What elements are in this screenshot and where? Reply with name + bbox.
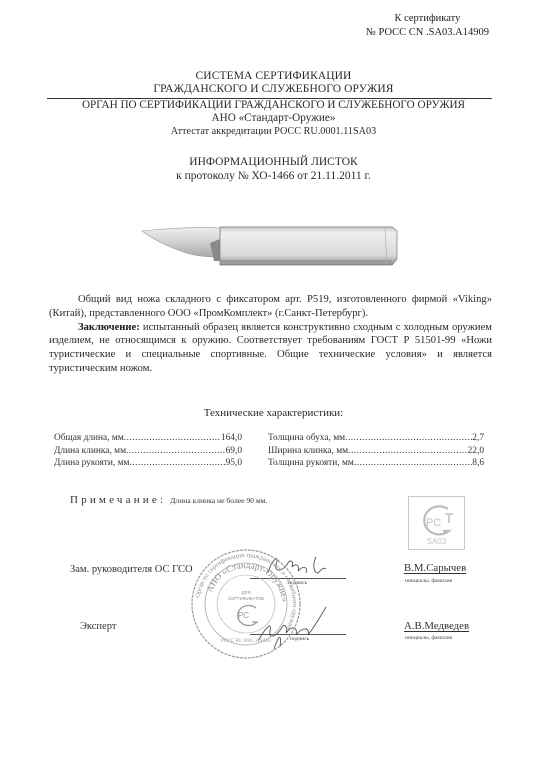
system-title-line2: ГРАЖДАНСКОГО И СЛУЖЕБНОГО ОРУЖИЯ <box>0 83 547 96</box>
spec-value: 164,0 <box>221 432 242 445</box>
specs-heading: Технические характеристики: <box>0 407 547 419</box>
rst-logo-icon: РС SA03 <box>409 497 464 549</box>
note: Примечание:Длина клинка не более 90 мм. <box>70 494 267 506</box>
spec-value: 69,0 <box>226 445 242 458</box>
spec-row: Длина рукояти, мм95,0 <box>54 457 242 470</box>
spec-row: Толщина рукояти, мм8,6 <box>268 457 484 470</box>
protocol-reference: к протоколу № ХО-1466 от 21.11.2011 г. <box>0 169 547 183</box>
spec-label: Общая длина, мм <box>54 432 124 445</box>
name-caption: инициалы, фамилия <box>405 635 452 641</box>
signature-role-expert: Эксперт <box>80 621 116 632</box>
svg-text:SA03: SA03 <box>427 537 447 546</box>
note-text: Длина клинка не более 90 мм. <box>170 496 267 505</box>
conclusion: Заключение: испытанный образец является … <box>49 321 492 376</box>
spec-value: 95,0 <box>226 457 242 470</box>
knife-description: Общий вид ножа складного с фиксатором ар… <box>49 293 492 321</box>
certification-body: ОРГАН ПО СЕРТИФИКАЦИИ ГРАЖДАНСКОГО И СЛУ… <box>0 99 547 138</box>
specs-right-column: Толщина обуха, мм2,7 Ширина клинка, мм22… <box>268 432 484 470</box>
document-title: ИНФОРМАЦИОННЫЙ ЛИСТОК к протоколу № ХО-1… <box>0 155 547 183</box>
spec-row: Длина клинка, мм69,0 <box>54 445 242 458</box>
spec-row: Общая длина, мм164,0 <box>54 432 242 445</box>
name-caption: инициалы, фамилия <box>405 578 452 584</box>
certificate-number: № РОСС CN .SA03.A14909 <box>366 26 489 40</box>
org-name: ОРГАН ПО СЕРТИФИКАЦИИ ГРАЖДАНСКОГО И СЛУ… <box>0 99 547 112</box>
signatory-name: А.В.Медведев <box>404 620 469 632</box>
spec-row: Толщина обуха, мм2,7 <box>268 432 484 445</box>
official-stamp: Орган по сертификации гражданского и слу… <box>190 548 302 660</box>
spec-value: 8,6 <box>472 457 484 470</box>
certificate-reference: К сертификату № РОСС CN .SA03.A14909 <box>366 12 489 40</box>
accreditation-number: Аттестат аккредитации РОСС RU.0001.11SA0… <box>0 125 547 138</box>
spec-label: Толщина рукояти, мм <box>268 457 354 470</box>
spec-row: Ширина клинка, мм22,0 <box>268 445 484 458</box>
system-title-line1: СИСТЕМА СЕРТИФИКАЦИИ <box>0 70 547 83</box>
svg-text:ДЛЯ: ДЛЯ <box>241 590 250 595</box>
certification-logo: РС SA03 <box>408 496 465 550</box>
note-label: Примечание: <box>70 494 166 506</box>
signature-role-deputy-head: Зам. руководителя ОС ГСО <box>70 564 193 575</box>
spec-value: 2,7 <box>472 432 484 445</box>
spec-label: Толщина обуха, мм <box>268 432 345 445</box>
spec-label: Длина рукояти, мм <box>54 457 129 470</box>
system-title: СИСТЕМА СЕРТИФИКАЦИИ ГРАЖДАНСКОГО И СЛУЖ… <box>0 70 547 96</box>
svg-text:РС: РС <box>426 517 441 529</box>
svg-text:СЕРТИФИКАТОВ: СЕРТИФИКАТОВ <box>228 596 264 601</box>
knife-image <box>140 217 405 279</box>
signatory-name: В.М.Сарычев <box>404 562 466 574</box>
conclusion-label: Заключение: <box>78 322 140 333</box>
spec-label: Длина клинка, мм <box>54 445 126 458</box>
svg-text:РС: РС <box>238 611 249 620</box>
spec-value: 22,0 <box>468 445 484 458</box>
spec-label: Ширина клинка, мм <box>268 445 348 458</box>
certificate-ref-line1: К сертификату <box>366 12 489 26</box>
specs-left-column: Общая длина, мм164,0 Длина клинка, мм69,… <box>54 432 242 470</box>
description-text: Общий вид ножа складного с фиксатором ар… <box>49 293 492 376</box>
org-short-name: АНО «Стандарт-Оружие» <box>0 112 547 125</box>
info-sheet-title: ИНФОРМАЦИОННЫЙ ЛИСТОК <box>0 155 547 169</box>
svg-text:РОСС RU.0001.11SA03: РОСС RU.0001.11SA03 <box>221 639 272 644</box>
